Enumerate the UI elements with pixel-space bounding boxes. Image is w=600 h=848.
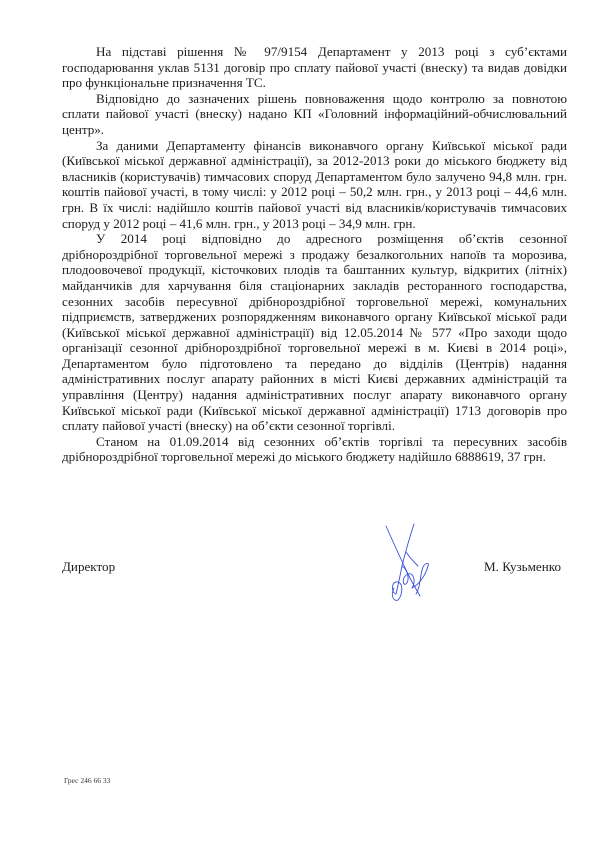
paragraph-status-2014: Станом на 01.09.2014 від сезонних об’єкт…: [62, 434, 567, 465]
signature-block: Директор М. Кузьменко: [62, 559, 567, 577]
handwritten-signature-icon: [380, 522, 440, 604]
executor-contact: Грес 246 66 33: [64, 776, 110, 785]
paragraph-agreements: На підставі рішення № 97/9154 Департамен…: [62, 44, 567, 91]
document-page: На підставі рішення № 97/9154 Департамен…: [0, 0, 600, 848]
paragraph-control-authority: Відповідно до зазначених рішень повноваж…: [62, 91, 567, 138]
paragraph-budget-revenue: За даними Департаменту фінансів виконавч…: [62, 138, 567, 232]
paragraph-seasonal-trade-2014: У 2014 році відповідно до адресного розм…: [62, 231, 567, 434]
letter-body: На підставі рішення № 97/9154 Департамен…: [62, 44, 567, 465]
signer-title: Директор: [62, 559, 115, 575]
signer-name: М. Кузьменко: [484, 559, 561, 575]
